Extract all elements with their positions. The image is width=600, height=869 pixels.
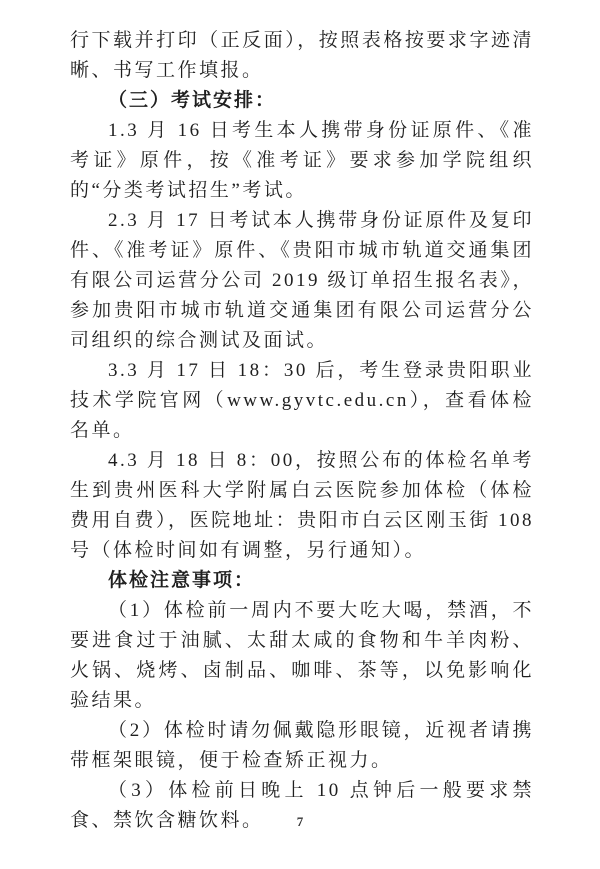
section-heading-physical-exam-notes: 体检注意事项： [70,566,534,596]
section-heading-exam-arrangement: （三）考试安排： [70,86,534,116]
paragraph-print-instructions-continuation: 行下载并打印（正反面），按照表格按要求字迹清晰、书写工作填报。 [70,26,534,86]
document-body: 行下载并打印（正反面），按照表格按要求字迹清晰、书写工作填报。 （三）考试安排：… [70,26,534,836]
paragraph-exam-item-3: 3.3 月 17 日 18：30 后，考生登录贵阳职业技术学院官网（www.gy… [70,356,534,446]
page-number: 7 [0,814,600,830]
document-page: 行下载并打印（正反面），按照表格按要求字迹清晰、书写工作填报。 （三）考试安排：… [0,0,600,869]
paragraph-exam-item-1: 1.3 月 16 日考生本人携带身份证原件、《准考证》原件，按《准考证》要求参加… [70,116,534,206]
paragraph-exam-item-2: 2.3 月 17 日考试本人携带身份证原件及复印件、《准考证》原件、《贵阳市城市… [70,206,534,356]
paragraph-exam-item-4: 4.3 月 18 日 8：00，按照公布的体检名单考生到贵州医科大学附属白云医院… [70,446,534,566]
paragraph-physical-note-1: （1）体检前一周内不要大吃大喝，禁酒，不要进食过于油腻、太甜太咸的食物和牛羊肉粉… [70,596,534,716]
paragraph-physical-note-2: （2）体检时请勿佩戴隐形眼镜，近视者请携带框架眼镜，便于检查矫正视力。 [70,716,534,776]
